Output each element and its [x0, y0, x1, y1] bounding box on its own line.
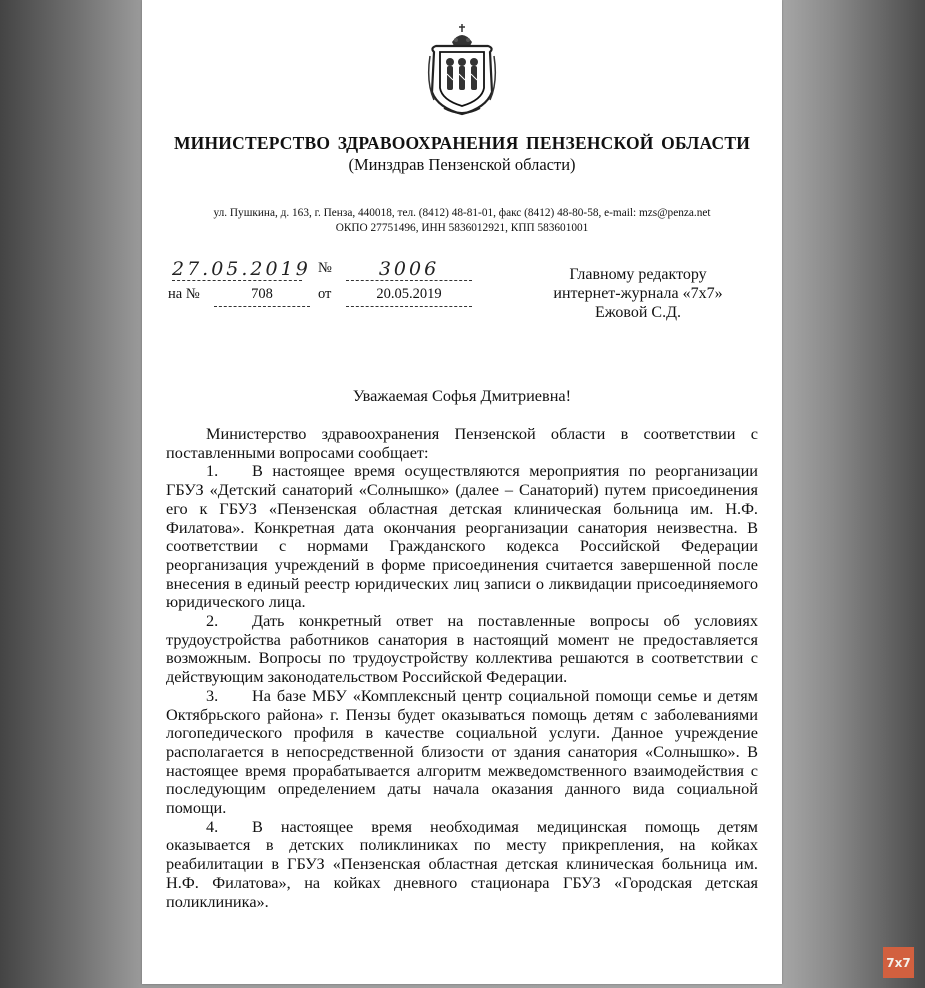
7x7-watermark-logo: 7x7 [883, 947, 914, 978]
contacts-codes: ОКПО 27751496, ИНН 5836012921, КПП 58360… [142, 221, 782, 236]
item-text: В настоящее время осуществляются меропри… [166, 461, 758, 611]
reply-to-date: 20.05.2019 [346, 286, 472, 307]
item-text: В настоящее время необходимая медицинска… [166, 817, 758, 911]
greeting: Уважаемая Софья Дмитриевна! [142, 386, 782, 406]
letter-body: Министерство здравоохранения Пензенской … [166, 425, 758, 911]
contacts-address: ул. Пушкина, д. 163, г. Пенза, 440018, т… [142, 206, 782, 221]
coat-of-arms-icon [426, 22, 498, 120]
org-short-name: (Минздрав Пензенской области) [142, 155, 782, 175]
list-item: 4.В настоящее время необходимая медицинс… [166, 818, 758, 912]
list-item: 3.На базе МБУ «Комплексный центр социаль… [166, 687, 758, 818]
letter-page: МИНИСТЕРСТВО ЗДРАВООХРАНЕНИЯ ПЕНЗЕНСКОЙ … [142, 0, 782, 984]
item-number: 1. [206, 462, 252, 481]
addressee-publication: интернет-журнала «7х7» [534, 284, 742, 303]
outgoing-date: 27.05.2019 [172, 260, 302, 281]
addressee-name: Ежовой С.Д. [534, 303, 742, 322]
item-text: На базе МБУ «Комплексный центр социально… [166, 686, 758, 817]
item-text: Дать конкретный ответ на поставленные во… [166, 611, 758, 686]
list-item: 1.В настоящее время осуществляются мероп… [166, 462, 758, 612]
item-number: 2. [206, 612, 252, 631]
item-number: 4. [206, 818, 252, 837]
intro-paragraph: Министерство здравоохранения Пензенской … [166, 425, 758, 462]
addressee-position: Главному редактору [534, 265, 742, 284]
number-label: № [318, 260, 332, 277]
org-title: МИНИСТЕРСТВО ЗДРАВООХРАНЕНИЯ ПЕНЗЕНСКОЙ … [142, 133, 782, 154]
reply-to-label: на № [168, 286, 200, 303]
contacts-block: ул. Пушкина, д. 163, г. Пенза, 440018, т… [142, 206, 782, 236]
addressee-block: Главному редактору интернет-журнала «7х7… [534, 265, 742, 322]
list-item: 2.Дать конкретный ответ на поставленные … [166, 612, 758, 687]
from-label: от [318, 286, 331, 303]
outgoing-number: 3006 [346, 260, 472, 281]
reply-to-number: 708 [214, 286, 310, 307]
item-number: 3. [206, 687, 252, 706]
registration-block: 27.05.2019 № 3006 на № 708 от 20.05.2019 [168, 260, 508, 312]
